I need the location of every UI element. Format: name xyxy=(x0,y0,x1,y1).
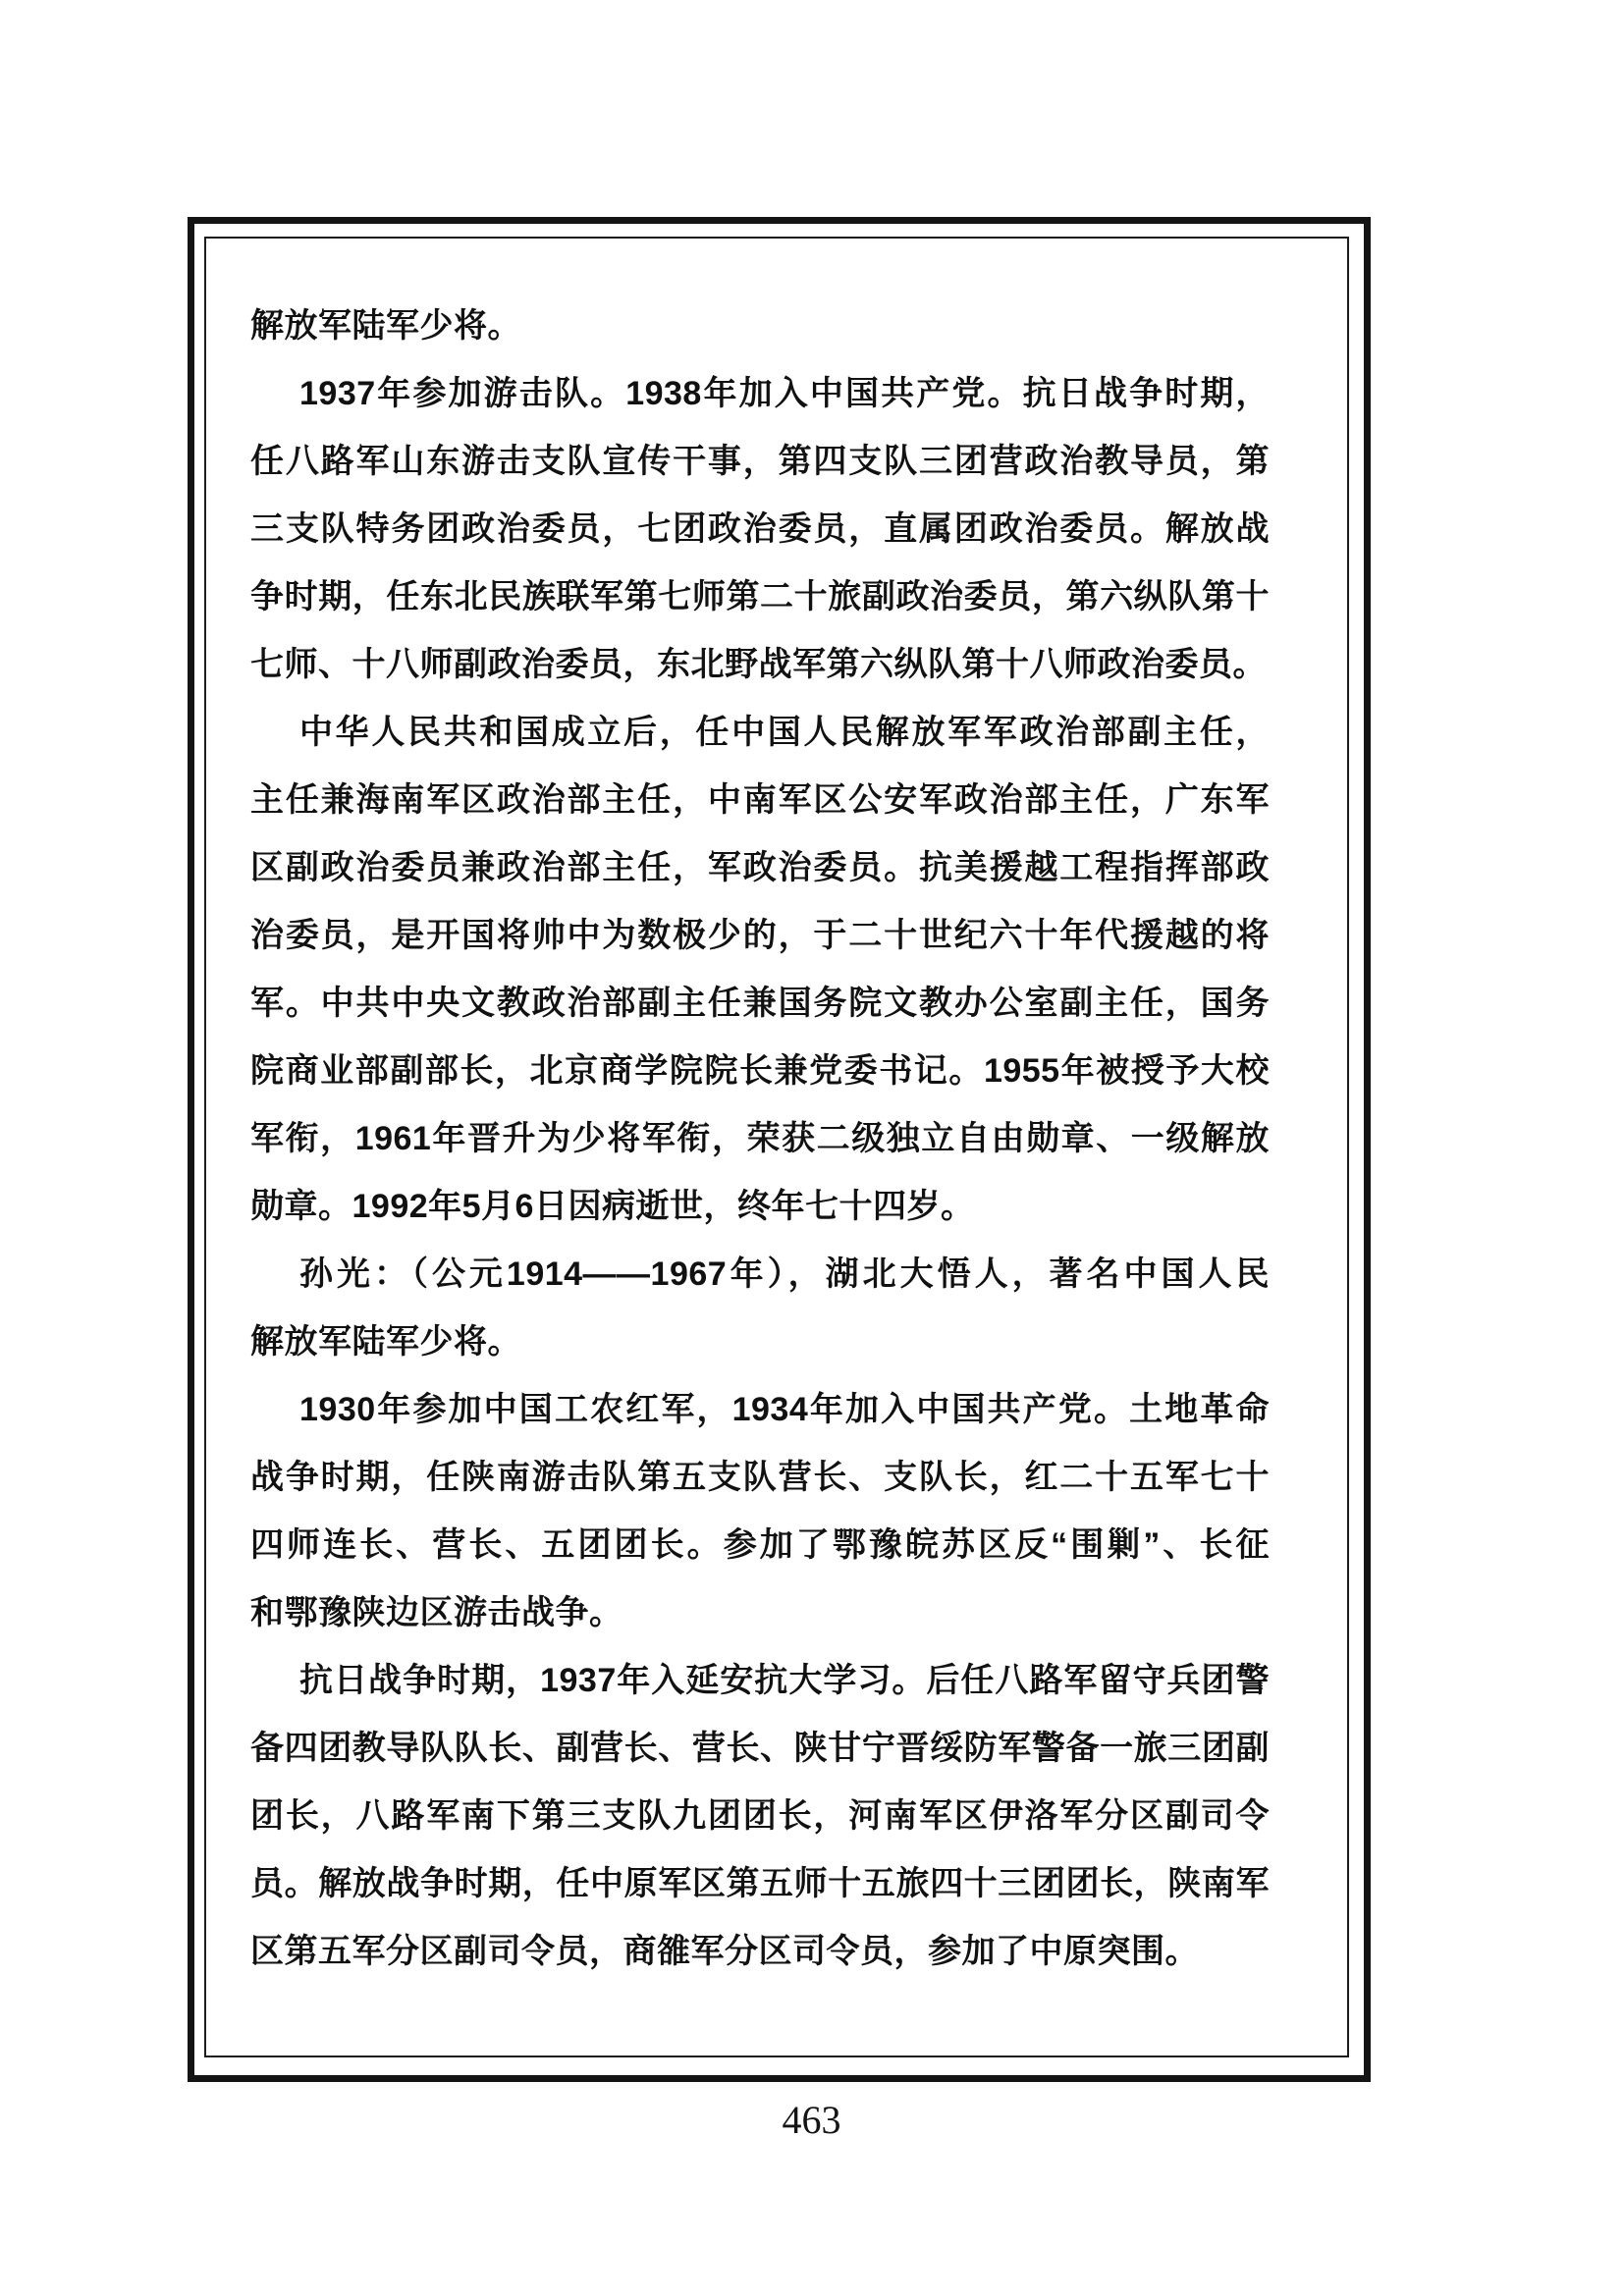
text-line: 战争时期，任陕南游击队第五支队营长、支队长，红二十五军七十 xyxy=(250,1444,1270,1512)
text-line: 四师连长、营长、五团团长。参加了鄂豫皖苏区反“围剿”、长征 xyxy=(250,1512,1270,1579)
text-line: 军衔，1961年晋升为少将军衔，荣获二级独立自由勋章、一级解放 xyxy=(250,1105,1270,1173)
page-number: 463 xyxy=(0,2097,1623,2143)
text-line: 解放军陆军少将。 xyxy=(250,1308,1270,1376)
body-text: 解放军陆军少将。1937年参加游击队。1938年加入中国共产党。抗日战争时期，任… xyxy=(250,293,1270,2056)
text-line: 孙光：（公元1914——1967年），湖北大悟人，著名中国人民 xyxy=(250,1241,1270,1308)
text-line: 解放军陆军少将。 xyxy=(250,293,1270,360)
text-line: 主任兼海南军区政治部主任，中南军区公安军政治部主任，广东军 xyxy=(250,767,1270,834)
text-line: 争时期，任东北民族联军第七师第二十旅副政治委员，第六纵队第十 xyxy=(250,563,1270,631)
text-line: 治委员，是开国将帅中为数极少的，于二十世纪六十年代援越的将 xyxy=(250,902,1270,970)
text-line: 中华人民共和国成立后，任中国人民解放军军政治部副主任， xyxy=(250,699,1270,767)
text-line: 军。中共中央文教政治部副主任兼国务院文教办公室副主任，国务 xyxy=(250,970,1270,1038)
page-border-outer: 解放军陆军少将。1937年参加游击队。1938年加入中国共产党。抗日战争时期，任… xyxy=(188,217,1371,2082)
text-line: 任八路军山东游击支队宣传干事，第四支队三团营政治教导员，第 xyxy=(250,428,1270,496)
text-line: 院商业部副部长，北京商学院院长兼党委书记。1955年被授予大校 xyxy=(250,1038,1270,1105)
text-line: 勋章。1992年5月6日因病逝世，终年七十四岁。 xyxy=(250,1173,1270,1241)
text-line: 和鄂豫陕边区游击战争。 xyxy=(250,1579,1270,1647)
text-line: 区副政治委员兼政治部主任，军政治委员。抗美援越工程指挥部政 xyxy=(250,834,1270,902)
text-line: 1930年参加中国工农红军，1934年加入中国共产党。土地革命 xyxy=(250,1376,1270,1444)
text-line: 七师、十八师副政治委员，东北野战军第六纵队第十八师政治委员。 xyxy=(250,631,1270,699)
text-line: 备四团教导队队长、副营长、营长、陕甘宁晋绥防军警备一旅三团副 xyxy=(250,1715,1270,1783)
book-page: 解放军陆军少将。1937年参加游击队。1938年加入中国共产党。抗日战争时期，任… xyxy=(0,0,1623,2296)
text-line: 团长，八路军南下第三支队九团团长，河南军区伊洛军分区副司令 xyxy=(250,1783,1270,1850)
text-line: 区第五军分区副司令员，商雒军分区司令员，参加了中原突围。 xyxy=(250,1918,1270,1986)
text-line: 抗日战争时期，1937年入延安抗大学习。后任八路军留守兵团警 xyxy=(250,1647,1270,1715)
text-line: 员。解放战争时期，任中原军区第五师十五旅四十三团团长，陕南军 xyxy=(250,1850,1270,1918)
page-border-inner: 解放军陆军少将。1937年参加游击队。1938年加入中国共产党。抗日战争时期，任… xyxy=(204,237,1349,2057)
text-line: 三支队特务团政治委员，七团政治委员，直属团政治委员。解放战 xyxy=(250,496,1270,563)
text-line: 1937年参加游击队。1938年加入中国共产党。抗日战争时期， xyxy=(250,360,1270,428)
